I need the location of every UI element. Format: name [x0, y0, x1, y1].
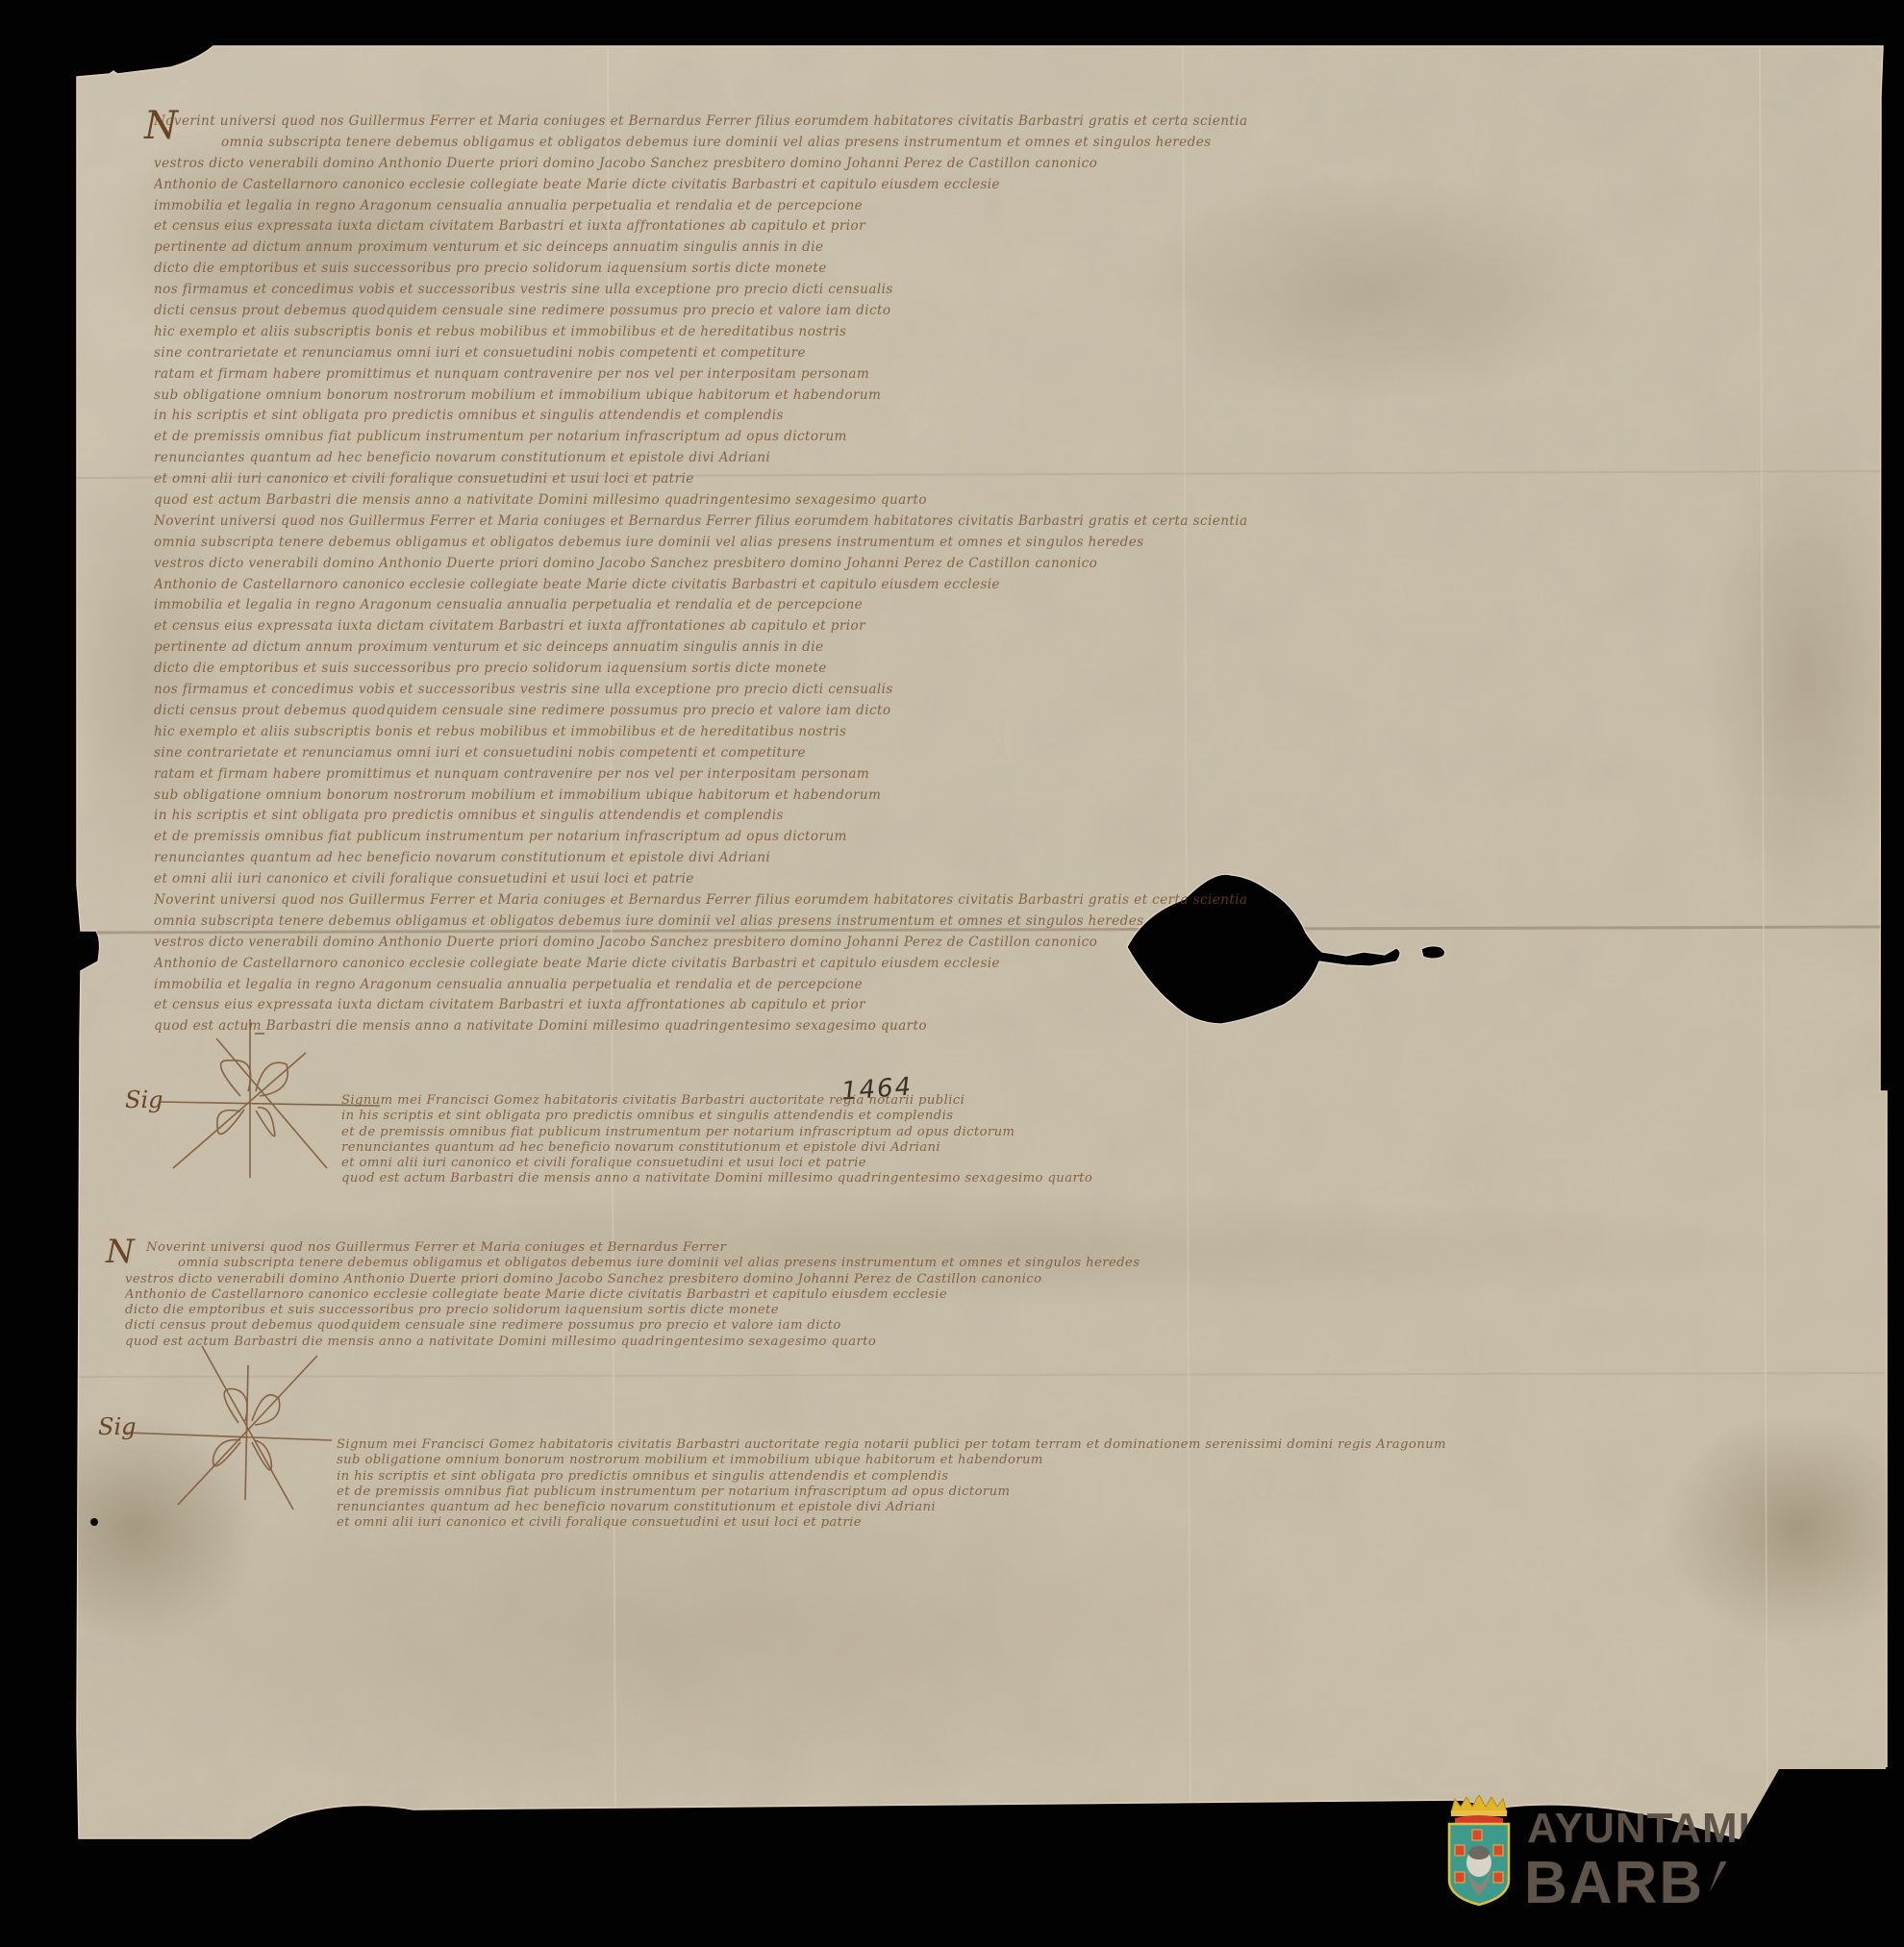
text-line: omnia subscripta tenere debemus obligamu… [154, 533, 1827, 554]
text-line: nos firmamus et concedimus vobis et succ… [154, 680, 1827, 701]
text-line: dicti census prout debemus quodquidem ce… [154, 701, 1827, 722]
text-line: et census eius expressata iuxta dictam c… [154, 216, 1827, 237]
text-line: hic exemplo et aliis subscriptis bonis e… [154, 322, 1827, 343]
text-line: dicto die emptoribus et suis successorib… [154, 659, 1827, 680]
text-line: Noverint universi quod nos Guillermus Fe… [154, 512, 1827, 533]
text-line: omnia subscripta tenere debemus obligamu… [154, 133, 1827, 154]
text-line: renunciantes quantum ad hec beneficio no… [154, 448, 1827, 469]
text-line: dicto die emptoribus et suis successorib… [154, 259, 1827, 280]
text-line: et de premissis omnibus fiat publicum in… [154, 427, 1827, 448]
text-line: Anthonio de Castellarnoro canonico eccle… [154, 954, 1827, 975]
text-line: dicti census prout debemus quodquidem ce… [154, 301, 1827, 322]
signum-mark: Sig [125, 1086, 163, 1113]
notarial-subscription-2: Signum mei Francisci Gomez habitatoris c… [337, 1437, 1827, 1543]
text-line: et census eius expressata iuxta dictam c… [154, 995, 1827, 1016]
notarial-subscription-1: Signum mei Francisci Gomez habitatoris c… [341, 1093, 1784, 1189]
text-line: hic exemplo et aliis subscriptis bonis e… [154, 722, 1827, 743]
coat-of-arms-shield-icon [1445, 1795, 1513, 1906]
document-viewer: Noverint universi quod nos Guillermus Fe… [0, 0, 1904, 1947]
text-line: in his scriptis et sint obligata pro pre… [154, 406, 1827, 427]
text-line: omnia subscripta tenere debemus obligamu… [154, 911, 1827, 933]
text-line: immobilia et legalia in regno Aragonum c… [154, 196, 1827, 217]
watermark-line-2: BARBASTRO [1524, 1849, 1904, 1917]
text-line: vestros dicto venerabili domino Anthonio… [154, 154, 1827, 175]
watermark-line-1: AYUNTAMIENTO DE [1527, 1805, 1904, 1853]
text-line: sine contrarietate et renunciamus omni i… [154, 743, 1827, 764]
second-instrument-text: Noverint universi quod nos Guillermus Fe… [125, 1240, 1856, 1351]
text-line: quod est actum Barbastri die mensis anno… [154, 490, 1827, 512]
text-line: Anthonio de Castellarnoro canonico eccle… [154, 575, 1827, 596]
text-line: et de premissis omnibus fiat publicum in… [154, 827, 1827, 848]
text-line: Anthonio de Castellarnoro canonico eccle… [154, 175, 1827, 196]
text-line: nos firmamus et concedimus vobis et succ… [154, 280, 1827, 301]
text-line: sub obligatione omnium bonorum nostrorum… [154, 386, 1827, 407]
text-line: sub obligatione omnium bonorum nostrorum… [154, 786, 1827, 807]
text-line: ratam et firmam habere promittimus et nu… [154, 764, 1827, 786]
text-line: sine contrarietate et renunciamus omni i… [154, 343, 1827, 364]
text-line: ratam et firmam habere promittimus et nu… [154, 364, 1827, 386]
text-line: quod est actum Barbastri die mensis anno… [154, 1016, 1308, 1037]
text-line: immobilia et legalia in regno Aragonum c… [154, 595, 1827, 616]
signum-mark-2: Sig [98, 1413, 136, 1440]
text-line: vestros dicto venerabili domino Anthonio… [154, 554, 1827, 575]
text-line: pertinente ad dictum annum proximum vent… [154, 637, 1827, 659]
text-line: renunciantes quantum ad hec beneficio no… [154, 848, 1827, 869]
charter-main-text: Noverint universi quod nos Guillermus Fe… [154, 112, 1827, 1083]
text-line: in his scriptis et sint obligata pro pre… [154, 806, 1827, 827]
text-line: et omni alii iuri canonico et civili for… [154, 869, 1827, 890]
decorated-initial-n: N [144, 104, 178, 148]
text-line: et omni alii iuri canonico et civili for… [154, 469, 1827, 490]
text-line: Noverint universi quod nos Guillermus Fe… [154, 112, 1827, 133]
text-line: pertinente ad dictum annum proximum vent… [154, 237, 1827, 259]
ayuntamiento-barbastro-watermark: AYUNTAMIENTO DE BARBASTRO [1436, 1793, 1888, 1910]
text-line: et census eius expressata iuxta dictam c… [154, 616, 1827, 637]
text-line: immobilia et legalia in regno Aragonum c… [154, 975, 1827, 996]
text-line: Noverint universi quod nos Guillermus Fe… [154, 890, 1827, 911]
text-line: vestros dicto venerabili domino Anthonio… [154, 933, 1827, 954]
